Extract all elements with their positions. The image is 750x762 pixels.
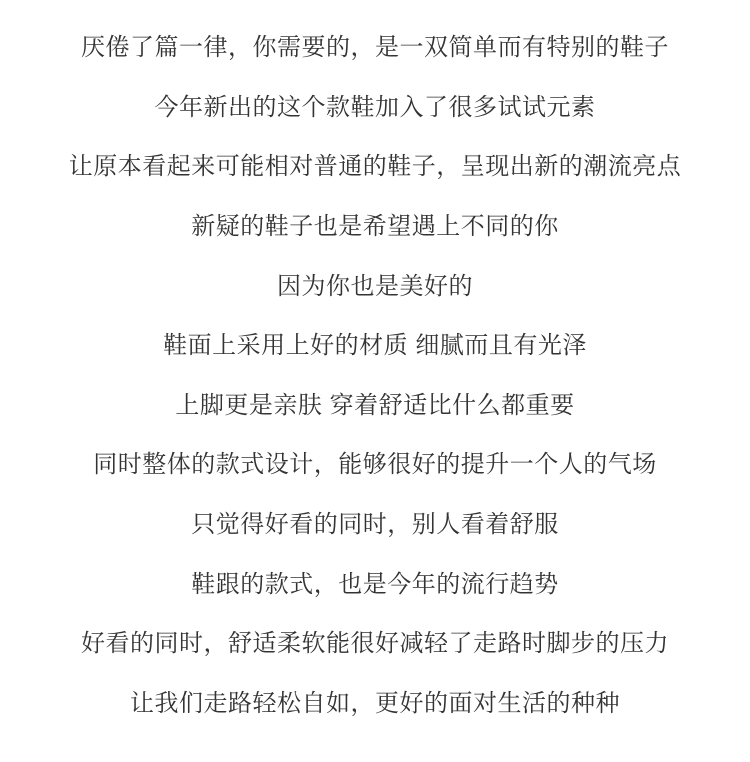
description-line-7: 上脚更是亲肤 穿着舒适比什么都重要 [0,373,750,433]
description-line-6: 鞋面上采用上好的材质 细腻而且有光泽 [0,313,750,373]
description-line-1: 厌倦了篇一律，你需要的，是一双简单而有特别的鞋子 [0,15,750,75]
description-line-12: 让我们走路轻松自如，更好的面对生活的种种 [0,671,750,731]
description-line-4: 新疑的鞋子也是希望遇上不同的你 [0,194,750,254]
description-line-5: 因为你也是美好的 [0,253,750,313]
description-line-3: 让原本看起来可能相对普通的鞋子，呈现出新的潮流亮点 [0,134,750,194]
description-line-9: 只觉得好看的同时，别人看着舒服 [0,492,750,552]
description-line-8: 同时整体的款式设计，能够很好的提升一个人的气场 [0,432,750,492]
description-line-2: 今年新出的这个款鞋加入了很多试试元素 [0,75,750,135]
description-line-11: 好看的同时，舒适柔软能很好减轻了走路时脚步的压力 [0,611,750,671]
product-description-page: 厌倦了篇一律，你需要的，是一双简单而有特别的鞋子 今年新出的这个款鞋加入了很多试… [0,0,750,762]
description-line-10: 鞋跟的款式，也是今年的流行趋势 [0,551,750,611]
